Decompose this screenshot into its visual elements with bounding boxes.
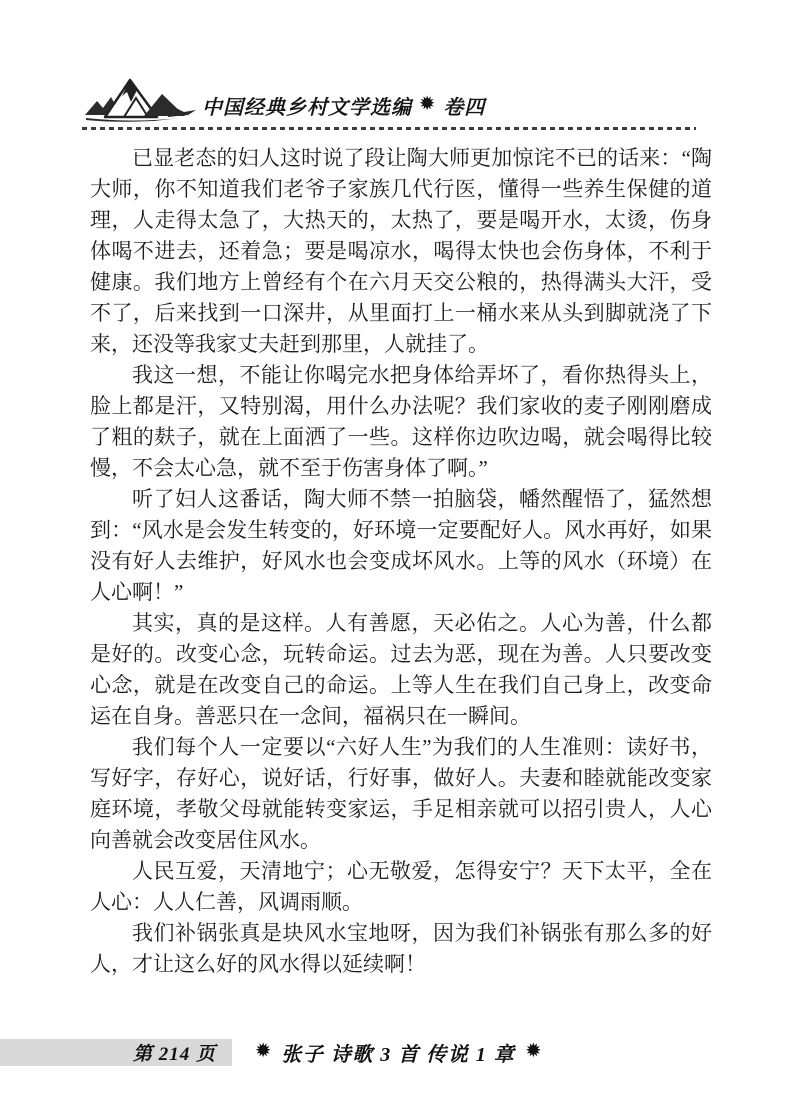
chapter-info: ✹ 张子 诗歌 3 首 传说 1 章 ✹ — [256, 1038, 541, 1066]
mountain-logo-icon — [84, 74, 202, 128]
paragraph: 听了妇人这番话，陶大师不禁一拍脑袋，幡然醒悟了，猛然想到：“风水是会发生转变的，… — [90, 484, 712, 608]
star-icon: ✹ — [420, 94, 435, 114]
page-number-badge: 第 214 页 — [0, 1039, 232, 1066]
header-title: 中国经典乡村文学选编 ✹ 卷四 — [202, 92, 485, 118]
chapter-info-text: 张子 诗歌 3 首 传说 1 章 — [281, 1038, 515, 1067]
book-page: 中国经典乡村文学选编 ✹ 卷四 已显老态的妇人这时说了段让陶大师更加惊诧不已的话… — [0, 0, 800, 1117]
header-divider — [82, 127, 696, 130]
page-body: 已显老态的妇人这时说了段让陶大师更加惊诧不已的话来：“陶大师，你不知道我们老爷子… — [90, 143, 712, 980]
star-icon: ✹ — [256, 1041, 270, 1061]
paragraph: 我们每个人一定要以“六好人生”为我们的人生准则：读好书，写好字，存好心，说好话，… — [90, 732, 712, 856]
volume-label: 卷四 — [443, 91, 485, 120]
paragraph: 已显老态的妇人这时说了段让陶大师更加惊诧不已的话来：“陶大师，你不知道我们老爷子… — [90, 143, 712, 360]
page-number-label: 第 214 页 — [133, 1039, 216, 1066]
star-icon: ✹ — [526, 1041, 540, 1061]
series-title: 中国经典乡村文学选编 — [202, 91, 412, 120]
paragraph: 其实，真的是这样。人有善愿，天必佑之。人心为善，什么都是好的。改变心念，玩转命运… — [90, 608, 712, 732]
paragraph: 我这一想，不能让你喝完水把身体给弄坏了，看你热得头上，脸上都是汗，又特别渴，用什… — [90, 360, 712, 484]
paragraph: 我们补锅张真是块风水宝地呀，因为我们补锅张有那么多的好人，才让这么好的风水得以延… — [90, 918, 712, 980]
paragraph: 人民互爱，天清地宁；心无敬爱，怎得安宁？天下太平，全在人心：人人仁善，风调雨顺。 — [90, 856, 712, 918]
